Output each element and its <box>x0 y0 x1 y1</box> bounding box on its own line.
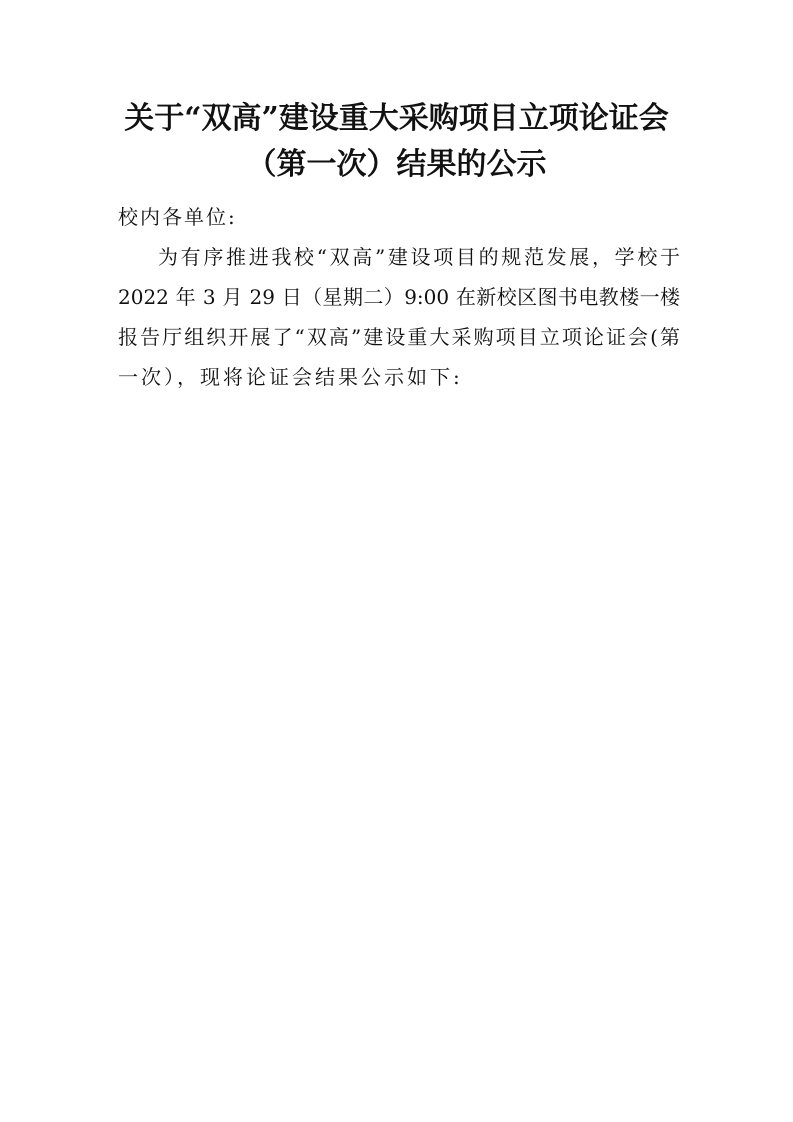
body-line-3: 报告厅组织开展了“双高”建设重大采购项目立项论证会(第 <box>118 317 680 357</box>
salutation: 校内各单位: <box>118 197 237 237</box>
document-page: 关于“双高”建设重大采购项目立项论证会 （第一次）结果的公示 校内各单位: 为有… <box>0 0 793 1122</box>
body-paragraph: 为有序推进我校“双高”建设项目的规范发展，学校于 2022 年 3 月 29 日… <box>118 237 680 397</box>
body-line-4: 一次），现将论证会结果公示如下: <box>118 357 680 397</box>
body-line-1: 为有序推进我校“双高”建设项目的规范发展，学校于 <box>118 237 680 277</box>
body-line-2: 2022 年 3 月 29 日（星期二）9:00 在新校区图书电教楼一楼 <box>118 277 680 317</box>
title-line-1: 关于“双高”建设重大采购项目立项论证会 <box>0 96 793 142</box>
title-line-2: （第一次）结果的公示 <box>0 142 793 188</box>
document-title: 关于“双高”建设重大采购项目立项论证会 （第一次）结果的公示 <box>0 96 793 188</box>
